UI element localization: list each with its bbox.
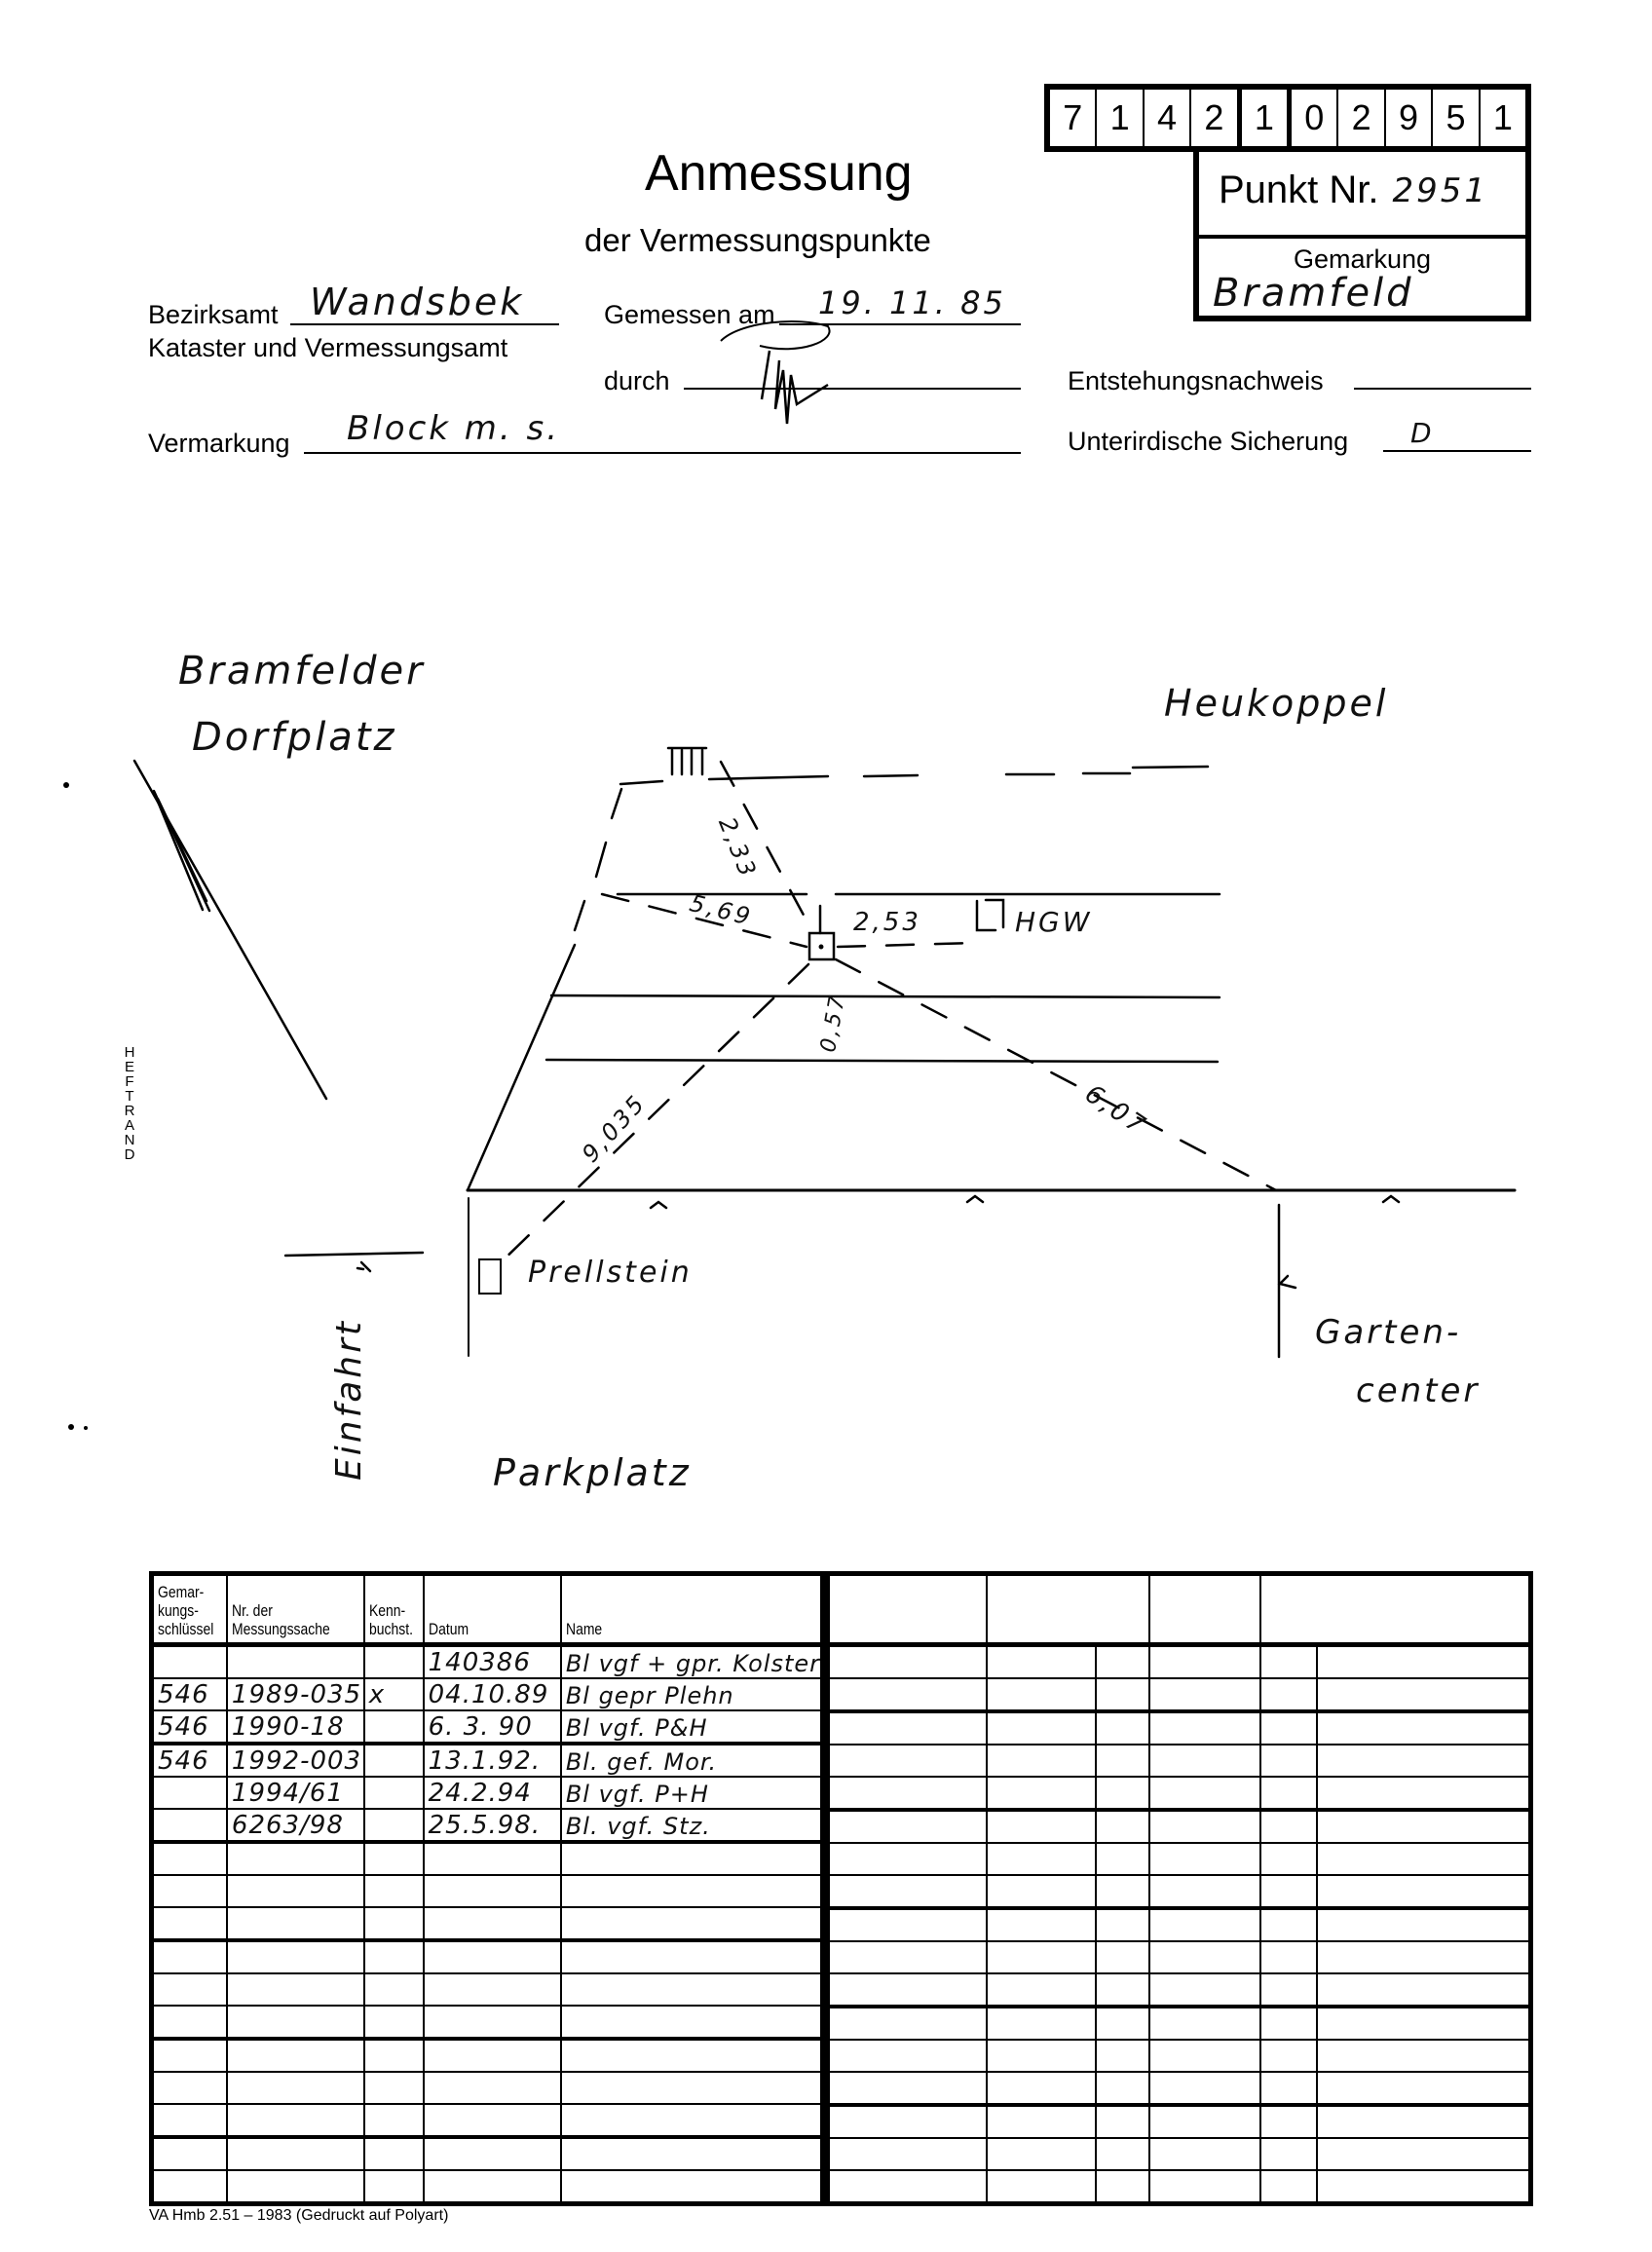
- table-cell[interactable]: [1096, 1973, 1149, 2007]
- table-row: [828, 1810, 1531, 1843]
- table-cell[interactable]: [561, 1875, 823, 1907]
- table-cell[interactable]: [828, 1875, 987, 1908]
- table-row: [828, 2105, 1531, 2138]
- table-cell[interactable]: [561, 1973, 823, 2006]
- table-cell[interactable]: [828, 1941, 987, 1973]
- table-cell[interactable]: [987, 1711, 1096, 1745]
- table-cell[interactable]: [227, 1940, 364, 1973]
- table-cell[interactable]: [1317, 1941, 1531, 1973]
- table-row: [828, 1941, 1531, 1973]
- table-cell[interactable]: [1096, 2072, 1149, 2105]
- table-row: [828, 2007, 1531, 2040]
- table-cell[interactable]: [1260, 1711, 1317, 1745]
- table-cell[interactable]: [987, 1678, 1096, 1711]
- table-cell[interactable]: [828, 2170, 987, 2204]
- table-cell[interactable]: [424, 1940, 561, 1973]
- measure-2-53: 2,53: [853, 908, 921, 937]
- table-cell[interactable]: [364, 1744, 424, 1777]
- table-cell[interactable]: [227, 1842, 364, 1875]
- column-header: Nr. der Messungssache: [227, 1574, 364, 1645]
- table-cell[interactable]: [364, 1710, 424, 1744]
- table-cell[interactable]: [1149, 1843, 1260, 1875]
- table-cell[interactable]: Bl vgf + gpr. Kolster: [561, 1645, 823, 1679]
- table-cell[interactable]: [1260, 1908, 1317, 1941]
- table-cell[interactable]: [152, 2006, 227, 2039]
- table-cell[interactable]: [1260, 2040, 1317, 2072]
- table-cell[interactable]: [152, 2137, 227, 2170]
- table-cell[interactable]: [561, 2039, 823, 2072]
- table-row: [152, 2006, 823, 2039]
- table-row: 5461989-035x04.10.89Bl gepr Plehn: [152, 1678, 823, 1710]
- column-header: [828, 1574, 987, 1645]
- table-cell[interactable]: [1149, 2040, 1260, 2072]
- table-row: [828, 1678, 1531, 1711]
- table-row: [152, 1940, 823, 1973]
- table-cell[interactable]: 24.2.94: [424, 1777, 561, 1809]
- table-cell[interactable]: [987, 1843, 1096, 1875]
- table-cell[interactable]: [561, 2006, 823, 2039]
- table-cell[interactable]: [1317, 2040, 1531, 2072]
- table-cell[interactable]: [987, 2105, 1096, 2138]
- table-cell[interactable]: [828, 2040, 987, 2072]
- table-row: 6263/9825.5.98.Bl. vgf. Stz.: [152, 1809, 823, 1842]
- table-cell[interactable]: [152, 2104, 227, 2137]
- table-cell[interactable]: [987, 2007, 1096, 2040]
- column-header: Name: [561, 1574, 823, 1645]
- table-cell[interactable]: [1096, 1908, 1149, 1941]
- column-header: [987, 1574, 1149, 1645]
- table-cell[interactable]: [987, 2138, 1096, 2170]
- table-row: [828, 2138, 1531, 2170]
- table-cell[interactable]: [364, 1645, 424, 1679]
- table-cell[interactable]: Bl gepr Plehn: [561, 1678, 823, 1710]
- table-row: [152, 2104, 823, 2137]
- table-row: [828, 1843, 1531, 1875]
- table-cell[interactable]: [561, 2137, 823, 2170]
- table-cell[interactable]: [828, 1843, 987, 1875]
- table-row: 5461990-186. 3. 90Bl vgf. P&H: [152, 1710, 823, 1744]
- label-dorfplatz: Dorfplatz: [192, 715, 397, 760]
- table-cell[interactable]: [987, 1810, 1096, 1843]
- table-cell[interactable]: [987, 1645, 1096, 1679]
- table-cell[interactable]: [1096, 1711, 1149, 1745]
- table-cell[interactable]: [561, 1940, 823, 1973]
- table-cell[interactable]: [364, 2137, 424, 2170]
- table-cell[interactable]: [987, 1875, 1096, 1908]
- table-cell[interactable]: [1317, 1678, 1531, 1711]
- table-row: [828, 1908, 1531, 1941]
- table-cell[interactable]: [1096, 2170, 1149, 2204]
- table-cell[interactable]: [152, 2072, 227, 2104]
- label-prellstein: Prellstein: [528, 1256, 693, 1290]
- table-cell[interactable]: [1149, 1645, 1260, 1679]
- table-cell[interactable]: [424, 2170, 561, 2204]
- table-cell[interactable]: [561, 2170, 823, 2204]
- table-cell[interactable]: [364, 2039, 424, 2072]
- table-cell[interactable]: [1317, 1711, 1531, 1745]
- table-row: [152, 2137, 823, 2170]
- table-cell[interactable]: 546: [152, 1710, 227, 1744]
- table-cell[interactable]: [152, 1777, 227, 1809]
- table-cell[interactable]: [828, 1645, 987, 1679]
- table-cell[interactable]: [1149, 2138, 1260, 2170]
- label-parkplatz: Parkplatz: [493, 1451, 692, 1494]
- table-cell[interactable]: [1149, 1678, 1260, 1711]
- table-cell[interactable]: [227, 2039, 364, 2072]
- table-cell[interactable]: [1317, 1973, 1531, 2007]
- table-cell[interactable]: [227, 2006, 364, 2039]
- table-cell[interactable]: x: [364, 1678, 424, 1710]
- table-cell[interactable]: [1317, 2105, 1531, 2138]
- table-cell[interactable]: [1149, 2170, 1260, 2204]
- table-cell[interactable]: [1096, 1745, 1149, 1777]
- table-cell[interactable]: [1096, 2007, 1149, 2040]
- table-cell[interactable]: [1317, 1875, 1531, 1908]
- table-cell[interactable]: 6263/98: [227, 1809, 364, 1842]
- table-cell[interactable]: [1317, 2007, 1531, 2040]
- table-cell[interactable]: [1260, 2170, 1317, 2204]
- table-cell[interactable]: [227, 1907, 364, 1940]
- table-cell[interactable]: [828, 2072, 987, 2105]
- table-cell[interactable]: [828, 1777, 987, 1810]
- secondary-table: [825, 1571, 1533, 2206]
- table-cell[interactable]: [1096, 1843, 1149, 1875]
- table-row: [152, 2039, 823, 2072]
- label-center: center: [1356, 1371, 1480, 1410]
- table-cell[interactable]: [1317, 1777, 1531, 1810]
- table-cell[interactable]: [1149, 2072, 1260, 2105]
- table-cell[interactable]: 1990-18: [227, 1710, 364, 1744]
- table-row: 5461992-00313.1.92.Bl. gef. Mor.: [152, 1744, 823, 1777]
- table-cell[interactable]: [1317, 2072, 1531, 2105]
- table-cell[interactable]: [1260, 2007, 1317, 2040]
- table-cell[interactable]: [364, 1842, 424, 1875]
- table-cell[interactable]: [227, 2072, 364, 2104]
- table-row: [152, 1842, 823, 1875]
- table-cell[interactable]: [152, 1973, 227, 2006]
- table-cell[interactable]: [987, 1908, 1096, 1941]
- table-cell[interactable]: [364, 2072, 424, 2104]
- column-header: [1149, 1574, 1260, 1645]
- column-header: Gemar- kungs- schlüssel: [152, 1574, 227, 1645]
- table-row: [828, 2072, 1531, 2105]
- table-cell[interactable]: [987, 1745, 1096, 1777]
- table-cell[interactable]: [561, 2104, 823, 2137]
- table-cell[interactable]: [364, 1907, 424, 1940]
- table-cell[interactable]: [227, 2104, 364, 2137]
- form-footer: VA Hmb 2.51 – 1983 (Gedruckt auf Polyart…: [149, 2207, 448, 2225]
- table-cell[interactable]: 546: [152, 1678, 227, 1710]
- table-cell[interactable]: [828, 2105, 987, 2138]
- table-row: [828, 2170, 1531, 2204]
- table-cell[interactable]: [364, 1973, 424, 2006]
- table-cell[interactable]: [1149, 2105, 1260, 2138]
- table-cell[interactable]: 546: [152, 1744, 227, 1777]
- table-cell[interactable]: [1260, 1745, 1317, 1777]
- table-cell[interactable]: [1260, 1678, 1317, 1711]
- table-row: [828, 1973, 1531, 2007]
- table-cell[interactable]: [1317, 1908, 1531, 1941]
- table-cell[interactable]: 1994/61: [227, 1777, 364, 1809]
- table-row: [828, 1745, 1531, 1777]
- table-header-row: Gemar- kungs- schlüsselNr. der Messungss…: [152, 1574, 823, 1645]
- table-cell[interactable]: [987, 1777, 1096, 1810]
- table-cell[interactable]: [1096, 1678, 1149, 1711]
- table-header-row: [828, 1574, 1531, 1645]
- table-cell[interactable]: [1096, 1645, 1149, 1679]
- table-cell[interactable]: [227, 2170, 364, 2204]
- table-cell[interactable]: [828, 1973, 987, 2007]
- table-cell[interactable]: [227, 2137, 364, 2170]
- table-cell[interactable]: [1260, 1810, 1317, 1843]
- table-cell[interactable]: [1317, 1810, 1531, 1843]
- table-cell[interactable]: [1149, 1745, 1260, 1777]
- table-cell[interactable]: [424, 1875, 561, 1907]
- table-cell[interactable]: [1260, 2105, 1317, 2138]
- table-cell[interactable]: 25.5.98.: [424, 1809, 561, 1842]
- table-cell[interactable]: [1149, 1875, 1260, 1908]
- table-cell[interactable]: [152, 1907, 227, 1940]
- table-cell[interactable]: [828, 1711, 987, 1745]
- table-cell[interactable]: [424, 1973, 561, 2006]
- table-cell[interactable]: [1317, 2170, 1531, 2204]
- table-row: [828, 1645, 1531, 1679]
- table-cell[interactable]: 1989-035: [227, 1678, 364, 1710]
- table-cell[interactable]: [1260, 1941, 1317, 1973]
- table-cell[interactable]: [1149, 1941, 1260, 1973]
- table-row: 1994/6124.2.94Bl vgf. P+H: [152, 1777, 823, 1809]
- table-cell[interactable]: [1260, 1875, 1317, 1908]
- table-cell[interactable]: [227, 1875, 364, 1907]
- table-cell[interactable]: [1096, 2105, 1149, 2138]
- table-cell[interactable]: [424, 2039, 561, 2072]
- table-cell[interactable]: 6. 3. 90: [424, 1710, 561, 1744]
- table-cell[interactable]: [1260, 2138, 1317, 2170]
- table-cell[interactable]: [424, 1907, 561, 1940]
- table-cell[interactable]: [1317, 2138, 1531, 2170]
- table-cell[interactable]: [424, 2137, 561, 2170]
- table-cell[interactable]: [1317, 1745, 1531, 1777]
- table-cell[interactable]: [987, 1941, 1096, 1973]
- table-row: [828, 2040, 1531, 2072]
- table-cell[interactable]: [424, 1842, 561, 1875]
- table-cell[interactable]: [424, 2104, 561, 2137]
- table-cell[interactable]: [1149, 1777, 1260, 1810]
- table-row: 140386Bl vgf + gpr. Kolster: [152, 1645, 823, 1679]
- table-cell[interactable]: [1096, 1777, 1149, 1810]
- table-cell[interactable]: [561, 2072, 823, 2104]
- table-row: [152, 1973, 823, 2006]
- table-row: [828, 1711, 1531, 1745]
- table-cell[interactable]: [364, 1940, 424, 1973]
- table-cell[interactable]: [364, 1809, 424, 1842]
- table-cell[interactable]: [561, 1907, 823, 1940]
- table-cell[interactable]: [364, 2170, 424, 2204]
- table-cell[interactable]: [152, 1842, 227, 1875]
- label-garten: Garten-: [1315, 1313, 1461, 1352]
- measurement-history-table: Gemar- kungs- schlüsselNr. der Messungss…: [149, 1571, 825, 2206]
- table-cell[interactable]: [1260, 1777, 1317, 1810]
- table-cell[interactable]: [424, 2006, 561, 2039]
- table-cell[interactable]: [1149, 1810, 1260, 1843]
- table-cell[interactable]: [828, 1810, 987, 1843]
- table-cell[interactable]: Bl. vgf. Stz.: [561, 1809, 823, 1842]
- table-cell[interactable]: [364, 2104, 424, 2137]
- table-cell[interactable]: Bl vgf. P&H: [561, 1710, 823, 1744]
- table-cell[interactable]: [1260, 1843, 1317, 1875]
- table-cell[interactable]: [1149, 1711, 1260, 1745]
- label-heukoppel: Heukoppel: [1164, 682, 1388, 725]
- table-cell[interactable]: [1096, 1875, 1149, 1908]
- table-cell[interactable]: 140386: [424, 1645, 561, 1679]
- table-cell[interactable]: [1149, 1908, 1260, 1941]
- table-cell[interactable]: [152, 1809, 227, 1842]
- table-row: [152, 2072, 823, 2104]
- table-cell[interactable]: Bl vgf. P+H: [561, 1777, 823, 1809]
- table-row: [152, 1875, 823, 1907]
- table-cell[interactable]: [152, 2039, 227, 2072]
- table-cell[interactable]: [1260, 1645, 1317, 1679]
- table-cell[interactable]: [1096, 1810, 1149, 1843]
- table-cell[interactable]: 1992-003: [227, 1744, 364, 1777]
- table-row: [152, 1907, 823, 1940]
- table-cell[interactable]: [987, 2040, 1096, 2072]
- table-cell[interactable]: [227, 1645, 364, 1679]
- table-cell[interactable]: [828, 2138, 987, 2170]
- table-cell[interactable]: [828, 1678, 987, 1711]
- table-cell[interactable]: [364, 2006, 424, 2039]
- table-cell[interactable]: [1260, 1973, 1317, 2007]
- column-header: Datum: [424, 1574, 561, 1645]
- table-cell[interactable]: [828, 1908, 987, 1941]
- table-cell[interactable]: [1096, 2040, 1149, 2072]
- table-cell[interactable]: Bl. gef. Mor.: [561, 1744, 823, 1777]
- table-cell[interactable]: [1096, 1941, 1149, 1973]
- column-header: [1260, 1574, 1531, 1645]
- table-row: [152, 2170, 823, 2204]
- table-cell[interactable]: [561, 1842, 823, 1875]
- table-cell[interactable]: [152, 1645, 227, 1679]
- table-cell[interactable]: [152, 1875, 227, 1907]
- table-cell[interactable]: [1149, 2007, 1260, 2040]
- table-cell[interactable]: [828, 2007, 987, 2040]
- table-cell[interactable]: [1317, 1843, 1531, 1875]
- label-hgw: HGW: [1015, 906, 1092, 938]
- table-cell[interactable]: [1260, 2072, 1317, 2105]
- table-cell[interactable]: [364, 1777, 424, 1809]
- table-row: [828, 1777, 1531, 1810]
- table-row: [828, 1875, 1531, 1908]
- table-cell[interactable]: [1096, 2138, 1149, 2170]
- table-cell[interactable]: [364, 1875, 424, 1907]
- column-header: Kenn- buchst.: [364, 1574, 424, 1645]
- table-cell[interactable]: [152, 1940, 227, 1973]
- table-cell[interactable]: [987, 2072, 1096, 2105]
- table-cell[interactable]: [1317, 1645, 1531, 1679]
- table-cell[interactable]: [152, 2170, 227, 2204]
- table-cell[interactable]: [987, 2170, 1096, 2204]
- table-cell[interactable]: 04.10.89: [424, 1678, 561, 1710]
- table-cell[interactable]: [424, 2072, 561, 2104]
- label-bramfelder: Bramfelder: [178, 649, 426, 694]
- table-cell[interactable]: [828, 1745, 987, 1777]
- label-einfahrt: Einfahrt: [329, 1319, 369, 1481]
- table-cell[interactable]: 13.1.92.: [424, 1744, 561, 1777]
- table-cell[interactable]: [1149, 1973, 1260, 2007]
- table-cell[interactable]: [227, 1973, 364, 2006]
- table-cell[interactable]: [987, 1973, 1096, 2007]
